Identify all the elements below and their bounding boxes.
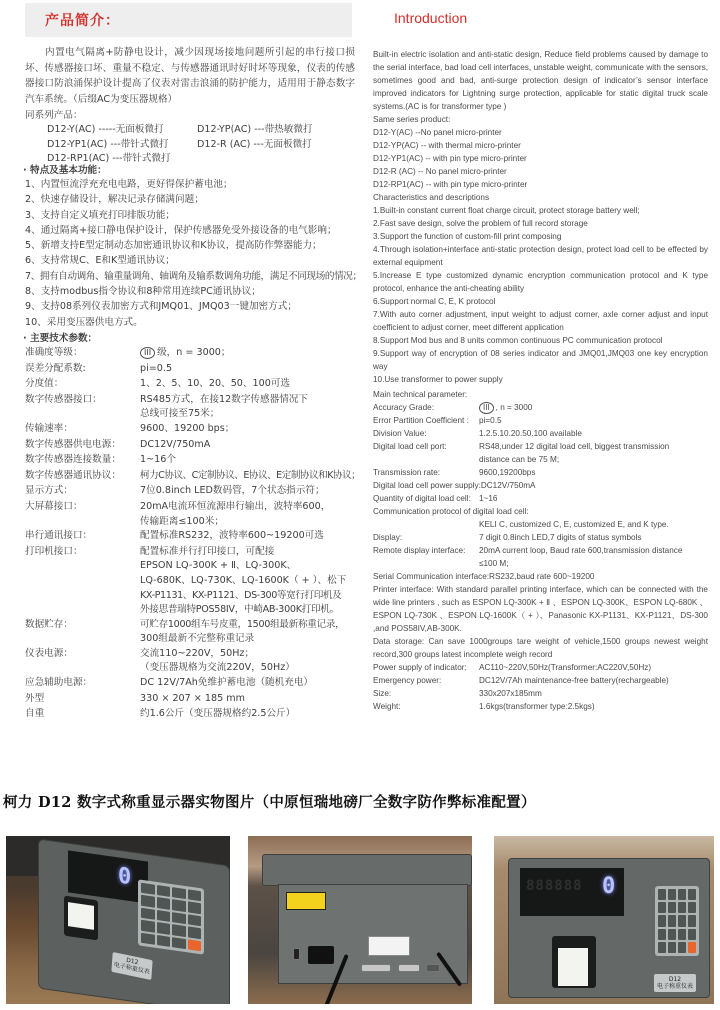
keypad-key: [678, 929, 686, 940]
param-row: 数字传感器连接数量： 1~16个: [25, 452, 360, 468]
param-row: 数字传感器接口： RS485方式，在接12数字传感器情况下 总线可接至75米；: [25, 392, 360, 421]
param-label: 数字传感器接口：: [25, 392, 140, 421]
param-row: Quantity of digital load cell: 1~16: [373, 492, 708, 505]
en-printer-interface: Printer interface: With standard paralle…: [373, 583, 708, 635]
keypad-key: [668, 915, 676, 926]
param-value: 1.6kgs(transformer type:2.5kgs): [479, 700, 595, 713]
warning-label: [286, 892, 326, 910]
micro-printer: [552, 936, 596, 988]
rating-plate: [368, 936, 410, 956]
keypad-key: [141, 920, 155, 932]
keypad-key: [141, 895, 155, 907]
keypad-key: [688, 889, 696, 900]
power-switch: [293, 948, 300, 960]
param-label: Transmission rate:: [373, 466, 479, 479]
product-photo-rear: [248, 836, 472, 1004]
en-serial-interface: Serial Communication interface:RS232,bau…: [373, 570, 708, 583]
keypad-key: [678, 902, 686, 913]
en-section-title: Introduction: [394, 10, 467, 26]
model-label-line1: D12: [654, 976, 696, 983]
parallel-printer-port: [361, 964, 391, 972]
keypad-key: [172, 900, 186, 912]
param-row: 串行通讯接口： 配置标准RS232，波特率600~19200可选: [25, 528, 360, 544]
param-value: （变压器规格为交流220V，50Hz）: [140, 660, 360, 675]
keypad-key: [157, 910, 171, 922]
param-row: 应急辅助电源： DC 12V/7Ah免维护蓄电池（随机充电）: [25, 675, 360, 691]
param-label: 数字传感器连接数量：: [25, 452, 140, 468]
keypad-key: [668, 889, 676, 900]
param-row: 准确度等级： III级，n = 3000；: [25, 345, 360, 361]
param-row: 外型 330 × 207 × 185 mm: [25, 691, 360, 707]
param-value: 外接思普瑞特POS58IV，中崎AB-300K打印机。: [140, 602, 360, 617]
photo-section-title: 柯力 D12 数字式称重显示器实物图片（中原恒瑞地磅厂全数字防作弊标准配置）: [3, 791, 536, 812]
zh-series-item: D12-YP1(AC) ---带针式微打: [47, 137, 197, 152]
param-value: distance can be 75 M;: [479, 453, 669, 466]
zh-section-title: 产品简介：: [45, 10, 120, 30]
keypad-key: [658, 889, 666, 900]
keypad-key: [172, 912, 186, 924]
en-feature-item: 8.Support Mod bus and 8 units common con…: [373, 334, 708, 347]
indicator-top-lid: [262, 854, 472, 886]
param-label: 仪表电源：: [25, 646, 140, 675]
param-row: 数字传感器供电电源： DC12V/750mA: [25, 437, 360, 453]
param-value: DC12V/7Ah maintenance-free battery(recha…: [479, 674, 669, 687]
param-row: Power supply of indicator: AC110~220V,50…: [373, 661, 708, 674]
param-label: 大屏幕接口：: [25, 499, 140, 528]
zh-feature-item: 6、支持常规C、E和K型通讯协议；: [25, 253, 360, 268]
en-series-label: Same series product:: [373, 113, 708, 126]
param-value: ≤100 M;: [479, 557, 682, 570]
zh-series-list: D12-Y(AC) -----无面板微打 D12-YP(AC) ---带热敏微打…: [47, 122, 347, 166]
param-label: Error Partition Coefficient :: [373, 414, 479, 427]
param-row: Emergency power: DC12V/7Ah maintenance-f…: [373, 674, 708, 687]
param-label: Emergency power:: [373, 674, 479, 687]
keypad-key: [678, 942, 686, 953]
param-value: pi=0.5: [479, 414, 502, 427]
en-series-item: D12-RP1(AC) -- with pin type micro-print…: [373, 178, 708, 191]
param-value: 1~16: [479, 492, 497, 505]
keypad-key: [668, 929, 676, 940]
param-value: 20mA current loop, Baud rate 600,transmi…: [479, 544, 682, 557]
zh-series-row: D12-Y(AC) -----无面板微打 D12-YP(AC) ---带热敏微打: [47, 122, 347, 137]
zh-features-list: 1、内置恒流浮充充电电路，更好得保护蓄电池； 2、快速存储设计，解决记录存储满问…: [25, 177, 360, 330]
en-intro-paragraph: Built-in electric isolation and anti-sta…: [373, 48, 708, 113]
param-value: LQ-680K、LQ-730K、LQ-1600K（ + ）、松下: [140, 573, 360, 588]
param-value: DC12V/750mA: [481, 479, 536, 492]
keypad-key: [658, 915, 666, 926]
param-label: Display:: [373, 531, 479, 544]
param-row: 误差分配系数: pi=0.5: [25, 361, 360, 377]
param-label: 传输速率：: [25, 421, 140, 437]
keypad-key: [141, 883, 155, 895]
en-feature-item: 6.Support normal C, E, K protocol: [373, 295, 708, 308]
param-value: pi=0.5: [140, 361, 360, 376]
en-protocol-value: KELI C, customized C, E, customized E, a…: [373, 518, 708, 531]
keypad-key: [658, 942, 666, 953]
en-series-item: D12-R (AC) -- No panel micro-printer: [373, 165, 708, 178]
param-value: 1.2.5.10.20.50.100 available: [479, 427, 582, 440]
param-value: 7位0.8inch LED数码管，7个状态指示符；: [140, 483, 360, 498]
zh-intro-paragraph: 内置电气隔离+防静电设计，减少因现场接地问题所引起的串行接口损坏、传感器接口坏、…: [25, 45, 355, 107]
keypad-key: [188, 889, 202, 901]
param-row: 显示方式： 7位0.8inch LED数码管，7个状态指示符；: [25, 483, 360, 499]
param-value: RS485方式，在接12数字传感器情况下: [140, 392, 360, 407]
zh-feature-item: 5、新增支持E型定制动态加密通讯协议和K协议，提高防作弊器能力；: [25, 238, 360, 253]
en-feature-item: 5.Increase E type customized dynamic enc…: [373, 269, 708, 295]
zh-series-item: D12-Y(AC) -----无面板微打: [47, 122, 197, 137]
param-row: 仪表电源： 交流110~220V，50Hz； （变压器规格为交流220V，50H…: [25, 646, 360, 675]
zh-feature-item: 9、支持08系列仪表加密方式和JMQ01、JMQ03一键加密方式；: [25, 299, 360, 314]
keypad-key: [141, 932, 155, 944]
zh-series-row: D12-YP1(AC) ---带针式微打 D12-R (AC) ---无面板微打: [47, 137, 347, 152]
param-label: 数字传感器通讯协议：: [25, 468, 140, 484]
model-label-line2: 电子称重仪表: [654, 983, 696, 990]
zh-feature-item: 4、通过隔离+接口静电保护设计，保护传感器免受外接设备的电气影响；: [25, 223, 360, 238]
display-ghost-digits: 888888: [526, 878, 583, 894]
en-protocol-label: Communication protocol of digital load c…: [373, 505, 708, 518]
param-row: Accuracy Grade: III, n = 3000: [373, 401, 708, 414]
param-label: Quantity of digital load cell:: [373, 492, 479, 505]
keypad-key: [688, 902, 696, 913]
param-value: 300组最新不完整称重记录: [140, 631, 360, 646]
keypad-key: [188, 914, 202, 926]
en-feature-item: 7.With auto corner adjustment, input wei…: [373, 308, 708, 334]
param-label: 数据贮存：: [25, 617, 140, 646]
accuracy-grade-icon: III: [479, 402, 494, 414]
param-label: Power supply of indicator:: [373, 661, 479, 674]
param-value: 9600,19200bps: [479, 466, 535, 479]
param-label: 串行通讯接口：: [25, 528, 140, 544]
param-label: Accuracy Grade:: [373, 401, 479, 414]
en-feature-item: 3.Support the function of custom-fill pr…: [373, 230, 708, 243]
en-params-title: Main technical parameter:: [373, 388, 708, 401]
param-value: , n = 3000: [496, 403, 533, 412]
param-value: DC12V/750mA: [140, 437, 360, 452]
keypad: [138, 879, 204, 954]
param-value: DC 12V/7Ah免维护蓄电池（随机充电）: [140, 675, 360, 690]
en-series-list: Same series product: D12-Y(AC) --No pane…: [373, 113, 708, 386]
en-feature-item: 9.Support way of encryption of 08 series…: [373, 347, 708, 373]
en-feature-item: 2.Fast save design, solve the problem of…: [373, 217, 708, 230]
param-value: 配置标准RS232，波特率600~19200可选: [140, 528, 360, 543]
keypad-key: [141, 908, 155, 920]
param-label: 显示方式：: [25, 483, 140, 499]
accuracy-grade-icon: III: [140, 347, 155, 359]
display-digit: 0: [118, 863, 131, 890]
param-label: 数字传感器供电电源：: [25, 437, 140, 453]
display-screen: 888888 0: [520, 868, 624, 916]
keypad-key: [688, 929, 696, 940]
param-row: Digital load cell port: RS48,under 12 di…: [373, 440, 708, 466]
param-row: Division Value: 1.2.5.10.20.50.100 avail…: [373, 427, 708, 440]
param-value: 7 digit 0.8inch LED,7 digits of status s…: [479, 531, 641, 544]
param-row: Transmission rate: 9600,19200bps: [373, 466, 708, 479]
keypad-key: [658, 929, 666, 940]
printer-paper: [68, 902, 94, 930]
param-value: 20mA电流环恒流源串行输出，波特率600，: [140, 499, 360, 514]
keypad: [655, 886, 699, 956]
keypad-key: [688, 915, 696, 926]
param-label: 误差分配系数:: [25, 361, 140, 377]
zh-series-item: D12-YP(AC) ---带热敏微打: [197, 122, 347, 137]
en-series-item: D12-Y(AC) --No panel micro-printer: [373, 126, 708, 139]
keypad-key: [668, 902, 676, 913]
param-value: 9600、19200 bps；: [140, 421, 360, 436]
param-row: Display: 7 digit 0.8inch LED,7 digits of…: [373, 531, 708, 544]
param-label: 分度值：: [25, 376, 140, 392]
param-value: 330 × 207 × 185 mm: [140, 691, 360, 706]
param-value: 配置标准并行打印接口，可配接: [140, 544, 360, 559]
keypad-key: [188, 927, 202, 939]
param-value: 约1.6公斤（变压器规格约2.5公斤）: [140, 706, 360, 721]
param-value: 交流110~220V，50Hz；: [140, 646, 360, 661]
param-row: 数字传感器通讯协议： 柯力C协议、C定制协议、E协议、E定制协议和K协议；: [25, 468, 360, 484]
display-digit: 0: [602, 874, 615, 899]
param-value: 级，n = 3000；: [157, 347, 230, 358]
keypad-key: [172, 924, 186, 936]
param-value: 330x207x185mm: [479, 687, 542, 700]
product-photo-front: 888888 0 D12 电子称重仪表: [494, 836, 714, 1004]
param-value: 1、2、5、10、20、50、100可选: [140, 376, 360, 391]
keypad-key: [678, 915, 686, 926]
keypad-key-enter: [188, 939, 202, 951]
param-row: 传输速率： 9600、19200 bps；: [25, 421, 360, 437]
zh-feature-item: 10、采用变压器供电方式。: [25, 315, 360, 330]
param-label: Remote display interface:: [373, 544, 479, 570]
param-label: Weight:: [373, 700, 479, 713]
param-row: 数据贮存： 可贮存1000组车号皮重，1500组最新称重记录， 300组最新不完…: [25, 617, 360, 646]
en-feature-item: 10.Use transformer to power supply: [373, 373, 708, 386]
param-row: Digital load cell power supply: DC12V/75…: [373, 479, 708, 492]
param-label: Digital load cell power supply:: [373, 479, 481, 492]
param-label: 自重: [25, 706, 140, 722]
en-series-item: D12-YP(AC) -- with thermal micro-printer: [373, 139, 708, 152]
param-value: RS48,under 12 digital load cell, biggest…: [479, 440, 669, 453]
param-value: 可贮存1000组车号皮重，1500组最新称重记录，: [140, 617, 360, 632]
param-value: 1~16个: [140, 452, 360, 467]
keypad-key: [658, 902, 666, 913]
param-value: KX-P1131、KX-P1121、DS-300等宽行打印机及: [140, 588, 360, 603]
keypad-key: [157, 935, 171, 947]
keypad-key: [172, 887, 186, 899]
zh-series-item: D12-R (AC) ---无面板微打: [197, 137, 347, 152]
param-row: Remote display interface: 20mA current l…: [373, 544, 708, 570]
zh-feature-item: 2、快速存储设计，解决记录存储满问题；: [25, 192, 360, 207]
en-series-item: D12-YP1(AC) -- with pin type micro-print…: [373, 152, 708, 165]
keypad-key-enter: [688, 942, 696, 953]
param-row: Error Partition Coefficient : pi=0.5: [373, 414, 708, 427]
param-row: 打印机接口： 配置标准并行打印接口，可配接 EPSON LQ-300K + Ⅱ、…: [25, 544, 360, 617]
load-cell-port: [426, 964, 440, 972]
keypad-key: [188, 902, 202, 914]
param-value: AC110~220V,50Hz(Transformer:AC220V,50Hz): [479, 661, 651, 674]
param-row: 大屏幕接口： 20mA电流环恒流源串行输出，波特率600， 传输距离≤100米；: [25, 499, 360, 528]
param-label: Size:: [373, 687, 479, 700]
ac-power-socket: [308, 946, 334, 964]
zh-feature-item: 3、支持自定义填充打印排版功能；: [25, 208, 360, 223]
zh-feature-item: 8、支持modbus指令协议和8种常用连续PC通讯协议；: [25, 284, 360, 299]
param-value: 传输距离≤100米；: [140, 514, 360, 529]
keypad-key: [157, 922, 171, 934]
en-features-title: Characteristics and descriptions: [373, 191, 708, 204]
param-value: 总线可接至75米；: [140, 406, 360, 421]
param-value: 柯力C协议、C定制协议、E协议、E定制协议和K协议；: [140, 468, 360, 483]
param-label: Division Value:: [373, 427, 479, 440]
keypad-key: [172, 937, 186, 949]
keypad-key: [668, 942, 676, 953]
param-row: Size: 330x207x185mm: [373, 687, 708, 700]
keypad-key: [157, 885, 171, 897]
zh-params-table: 准确度等级： III级，n = 3000； 误差分配系数: pi=0.5 分度值…: [25, 345, 360, 722]
en-data-storage: Data storage: Can save 1000groups tare w…: [373, 635, 708, 661]
param-label: 打印机接口：: [25, 544, 140, 617]
keypad-key: [678, 889, 686, 900]
param-row: 分度值： 1、2、5、10、20、50、100可选: [25, 376, 360, 392]
param-label: 外型: [25, 691, 140, 707]
param-label: 准确度等级：: [25, 345, 140, 361]
serial-port: [398, 964, 420, 972]
keypad-key: [157, 897, 171, 909]
param-value: EPSON LQ-300K + Ⅱ、LQ-300K、: [140, 558, 360, 573]
en-feature-item: 1.Built-in constant current float charge…: [373, 204, 708, 217]
micro-printer: [64, 896, 98, 941]
param-row: 自重 约1.6公斤（变压器规格约2.5公斤）: [25, 706, 360, 722]
param-label: 应急辅助电源：: [25, 675, 140, 691]
param-label: Digital load cell port:: [373, 440, 479, 466]
zh-feature-item: 7、拥有自动调角、输重量调角、轴调角及输系数调角功能，满足不同现场的情况；: [25, 269, 360, 284]
en-feature-item: 4.Through isolation+interface anti-stati…: [373, 243, 708, 269]
product-photo-front-angled: 0 D12 电子称重仪表: [6, 836, 230, 1004]
en-params-table: Main technical parameter: Accuracy Grade…: [373, 388, 708, 713]
printer-paper: [558, 948, 588, 986]
model-label: D12 电子称重仪表: [654, 974, 696, 992]
param-row: Weight: 1.6kgs(transformer type:2.5kgs): [373, 700, 708, 713]
zh-feature-item: 1、内置恒流浮充充电电路，更好得保护蓄电池；: [25, 177, 360, 192]
